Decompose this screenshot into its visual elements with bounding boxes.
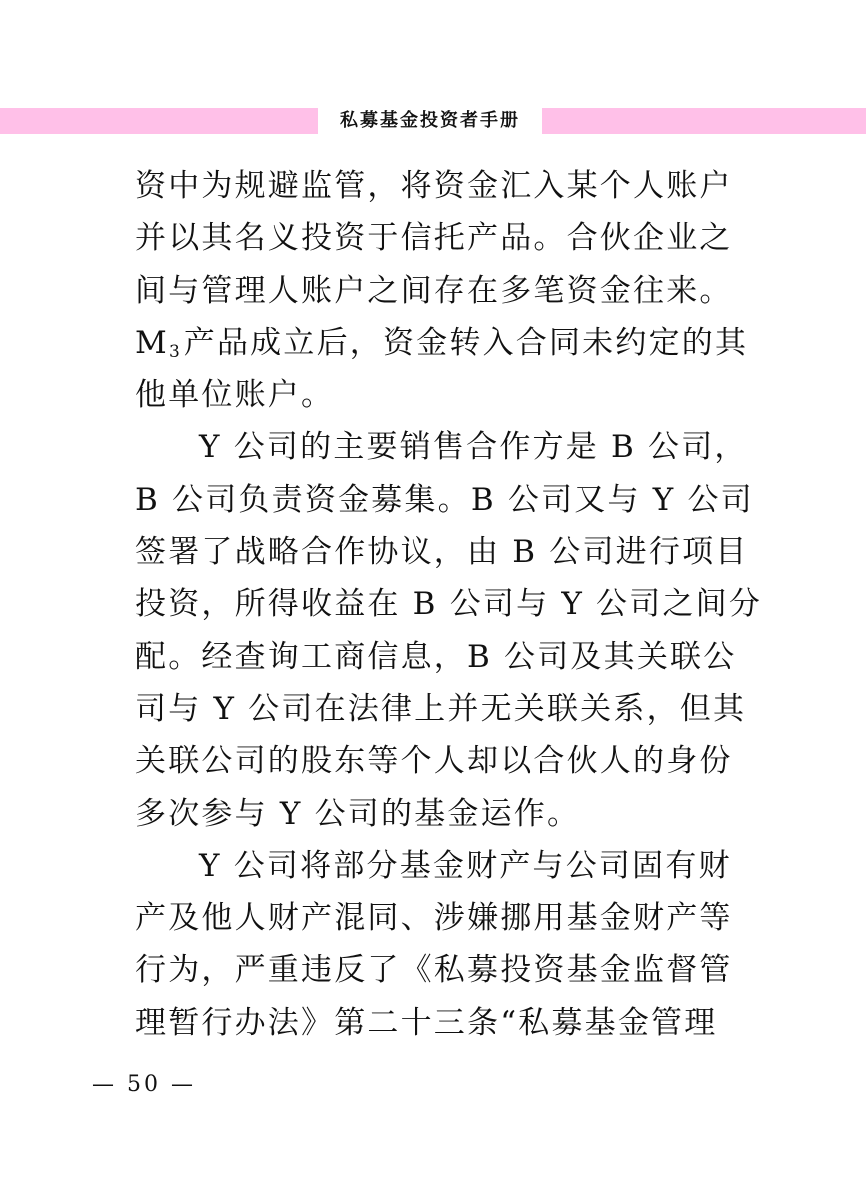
text-line: 关联公司的股东等个人却以合伙人的身份: [135, 735, 735, 787]
text-line: B 公司负责资金募集。B 公司又与 Y 公司: [135, 474, 735, 526]
text-line: 资中为规避监管，将资金汇入某个人账户: [135, 160, 735, 212]
text-line: 理暂行办法》第二十三条“私募基金管理: [135, 997, 735, 1049]
header-band-right: [542, 108, 866, 134]
text-line: 司与 Y 公司在法律上并无关联关系，但其: [135, 683, 735, 735]
text-line: 并以其名义投资于信托产品。合伙企业之: [135, 212, 735, 264]
paragraph: 资中为规避监管，将资金汇入某个人账户 并以其名义投资于信托产品。合伙企业之 间与…: [135, 160, 735, 421]
text-line: 行为，严重违反了《私募投资基金监督管: [135, 944, 735, 996]
m-label: M: [135, 325, 169, 361]
text-line: 签署了战略合作协议，由 B 公司进行项目: [135, 526, 735, 578]
text-line: 间与管理人账户之间存在多笔资金往来。: [135, 265, 735, 317]
text-line: 他单位账户。: [135, 369, 735, 421]
header-band-left: [0, 108, 318, 134]
text-line: Y 公司将部分基金财产与公司固有财: [135, 840, 735, 892]
subscript: 3: [169, 342, 180, 362]
paragraph: Y 公司的主要销售合作方是 B 公司， B 公司负责资金募集。B 公司又与 Y …: [135, 421, 735, 839]
page-number: — 50 —: [92, 1072, 196, 1097]
body-text: 资中为规避监管，将资金汇入某个人账户 并以其名义投资于信托产品。合伙企业之 间与…: [135, 160, 735, 1049]
running-title: 私募基金投资者手册: [318, 107, 542, 135]
text-line: 投资，所得收益在 B 公司与 Y 公司之间分: [135, 578, 735, 630]
text-line: Y 公司的主要销售合作方是 B 公司，: [135, 421, 735, 473]
text-line: 配。经查询工商信息，B 公司及其关联公: [135, 631, 735, 683]
text-line: M3产品成立后，资金转入合同未约定的其: [135, 317, 735, 369]
running-header: 私募基金投资者手册: [0, 108, 866, 134]
line-text: 产品成立后，资金转入合同未约定的其: [184, 325, 748, 361]
text-line: 多次参与 Y 公司的基金运作。: [135, 788, 735, 840]
paragraph: Y 公司将部分基金财产与公司固有财 产及他人财产混同、涉嫌挪用基金财产等 行为，…: [135, 840, 735, 1049]
text-line: 产及他人财产混同、涉嫌挪用基金财产等: [135, 892, 735, 944]
